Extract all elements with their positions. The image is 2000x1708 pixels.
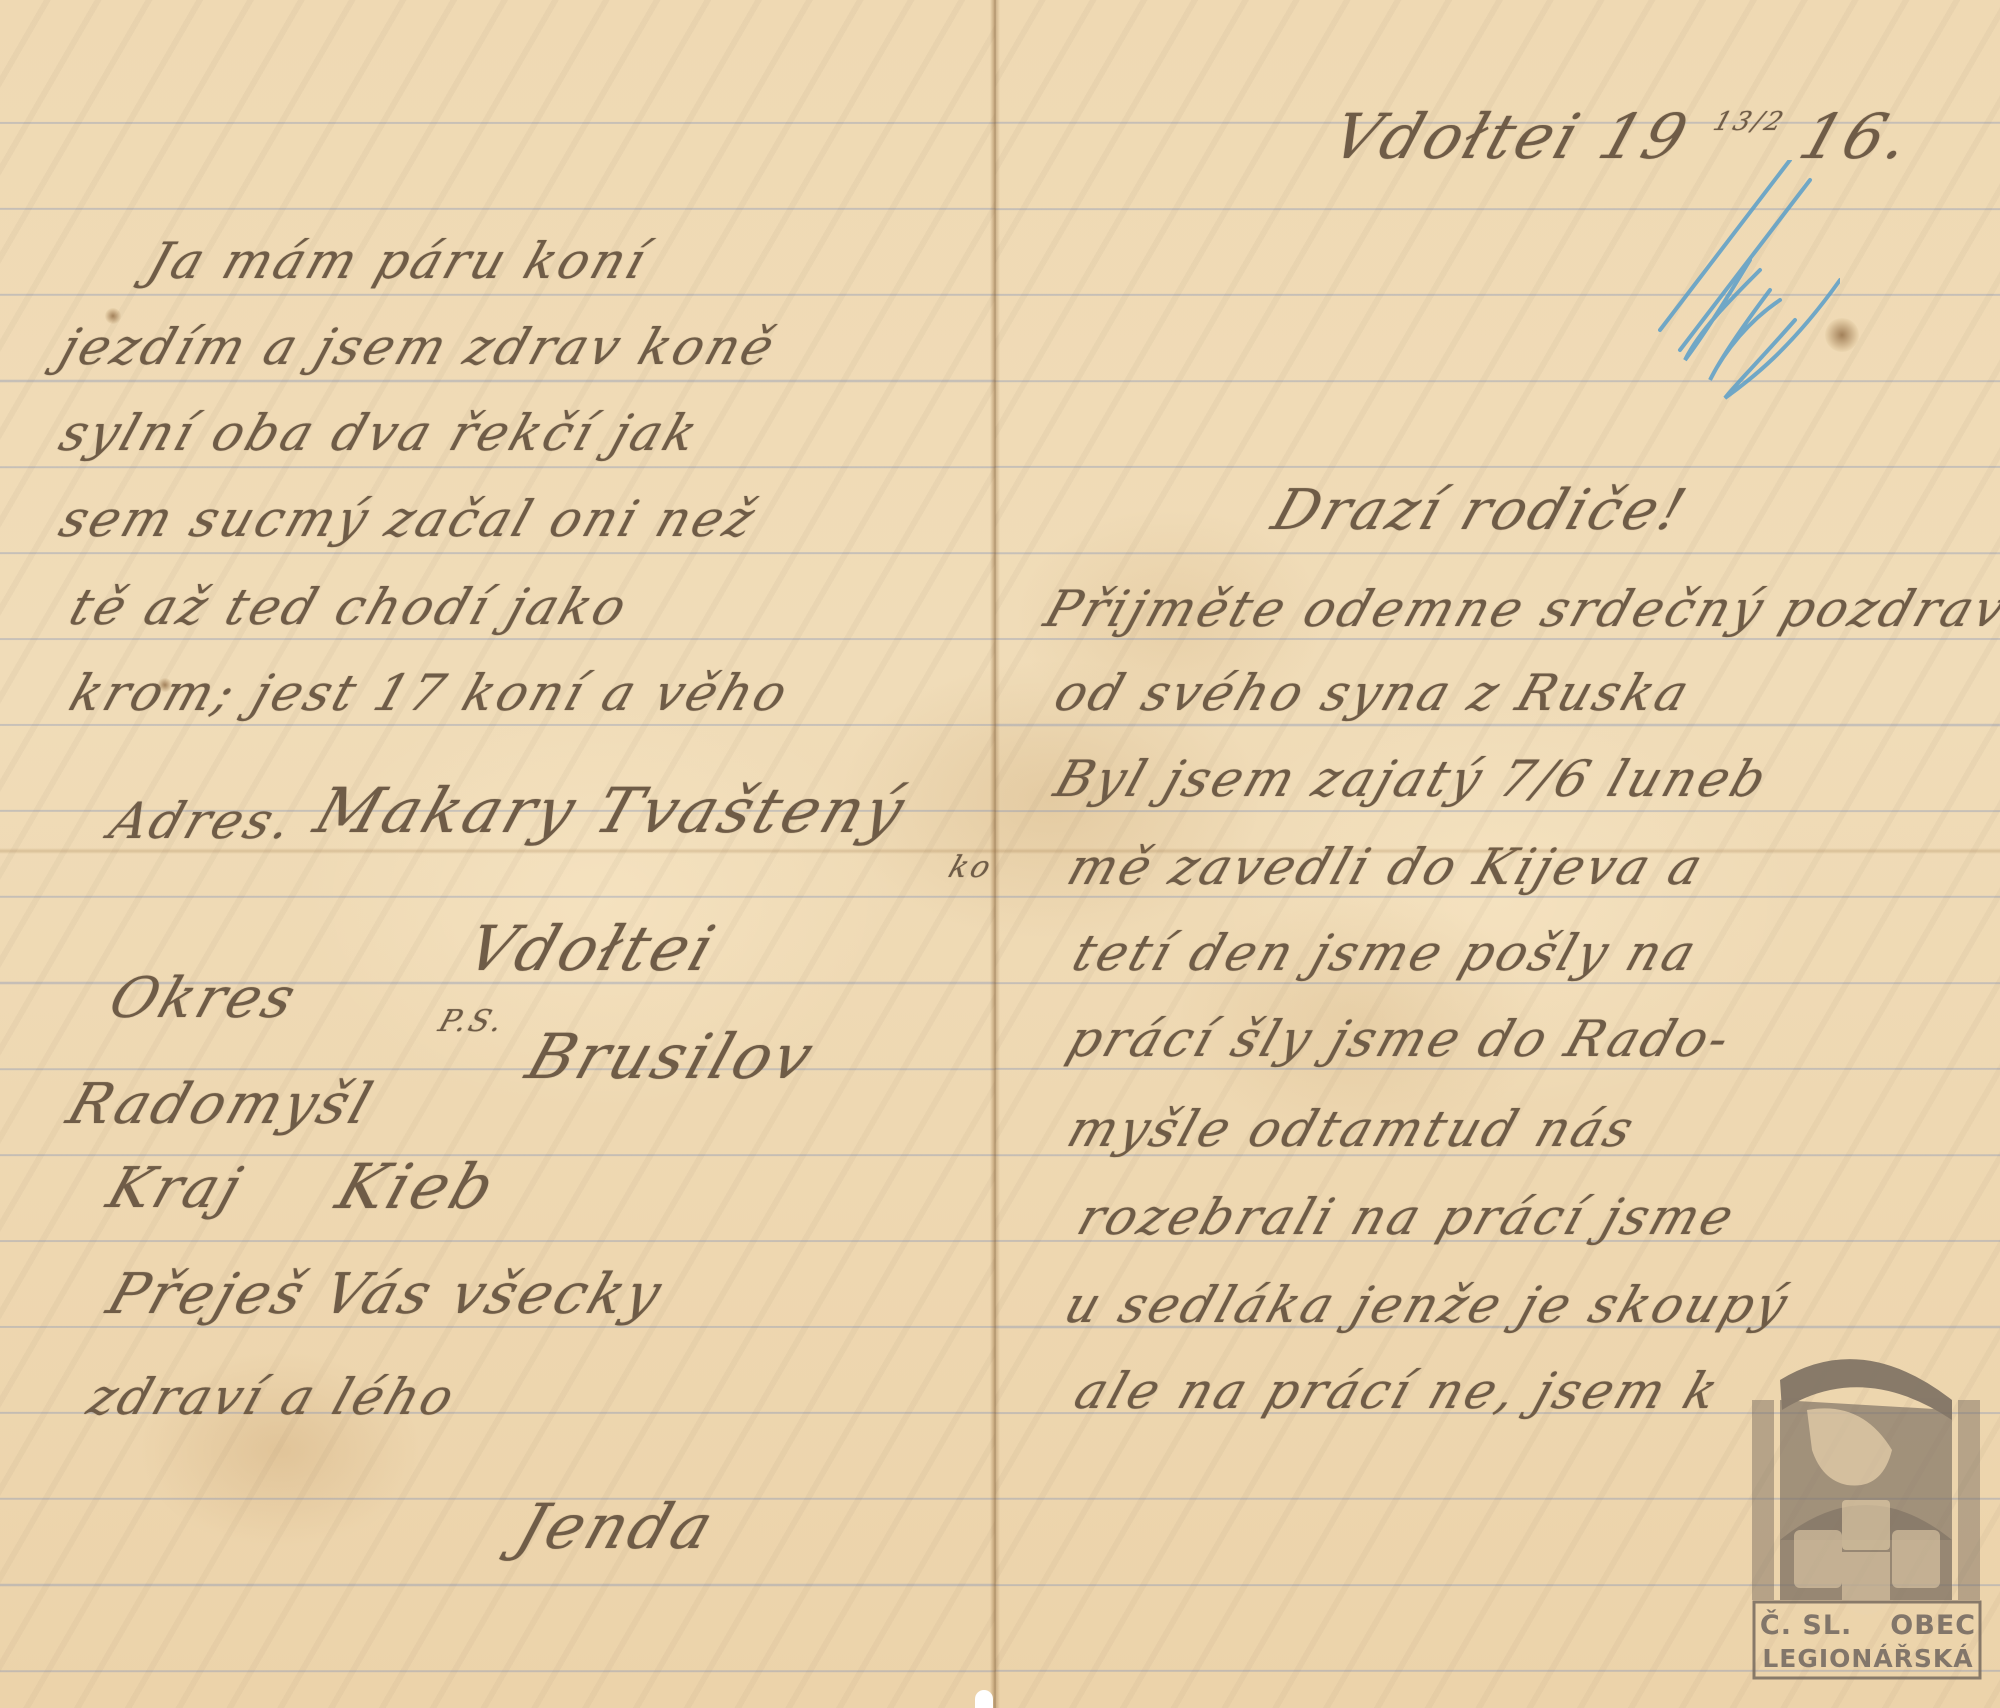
left-line-1: Ja mám páru koní	[141, 232, 657, 290]
stamp-left-text: Č. SL.	[1760, 1610, 1852, 1641]
left-line-3: sylní oba dva řekčí jak	[53, 404, 708, 462]
address-label: Adres.	[103, 792, 303, 850]
right-line-10: ale na prácí ne, jsem k	[1068, 1362, 1729, 1420]
right-line-7: myšle odtamtud nás	[1061, 1100, 1644, 1158]
left-page: Ja mám páru koní jezdím a jsem zdrav kon…	[0, 0, 995, 1708]
address-post-label: P.S.	[434, 1004, 510, 1039]
salutation: Drazí rodiče!	[1264, 478, 1696, 543]
right-line-3: Byl jsem zajatý 7/6 luneb	[1048, 750, 1777, 808]
left-line-6: krom; jest 17 koní a věho	[63, 664, 798, 722]
address-district: Radomyšl	[59, 1072, 382, 1137]
ink-stain	[105, 308, 121, 324]
paper-tear	[975, 1690, 993, 1708]
stamp-text-line1: Č. SL.OBEC	[1756, 1610, 1980, 1641]
right-line-1: Přijměte odemne srdečný pozdrav	[1038, 580, 2000, 638]
archive-stamp: Č. SL.OBEC LEGIONÁŘSKÁ	[1752, 1340, 2000, 1708]
horizontal-fold	[0, 848, 2000, 854]
address-region: Kieb	[328, 1150, 506, 1223]
right-line-9: u sedláka jenže je skoupý	[1058, 1276, 1798, 1334]
right-line-4: mě zavedli do Kijeva a	[1061, 838, 1713, 896]
left-line-4: sem sucmý začal oni než	[53, 490, 765, 548]
signature: Jenda	[508, 1490, 725, 1563]
date-day: 13	[1710, 107, 1759, 137]
ink-stain	[158, 678, 172, 692]
place: Vdołtei	[1323, 100, 1591, 173]
address-village: Vdołtei	[458, 912, 726, 985]
left-line-5: tě až ted chodí jako	[63, 578, 637, 636]
stamp-right-text: OBEC	[1890, 1610, 1976, 1641]
address-post-office: Brusilov	[518, 1020, 825, 1093]
closing-line-2: zdraví a lého	[81, 1368, 465, 1426]
blue-pencil-mark-icon	[1640, 160, 1840, 400]
address-district-label: Okres	[101, 966, 306, 1031]
center-fold	[990, 0, 1000, 1708]
date-day-month: 13/2	[1710, 107, 1790, 137]
closing-line-1: Přeješ Vás všecky	[99, 1262, 671, 1327]
date-month: 2	[1760, 107, 1789, 137]
right-line-8: rozebrali na prácí jsme	[1071, 1188, 1744, 1246]
address-recipient-name: Makary Tvaštený	[306, 774, 916, 847]
address-region-label: Kraj	[99, 1156, 251, 1221]
left-line-2: jezdím a jsem zdrav koně	[53, 318, 785, 376]
right-line-2: od svého syna z Ruska	[1048, 664, 1699, 722]
stamp-text-line2: LEGIONÁŘSKÁ	[1756, 1644, 1980, 1673]
scanned-letter: Ja mám páru koní jezdím a jsem zdrav kon…	[0, 0, 2000, 1708]
right-line-5: tetí den jsme pošly na	[1066, 924, 1706, 982]
right-line-6: prácí šly jsme do Rado-	[1061, 1010, 1740, 1068]
